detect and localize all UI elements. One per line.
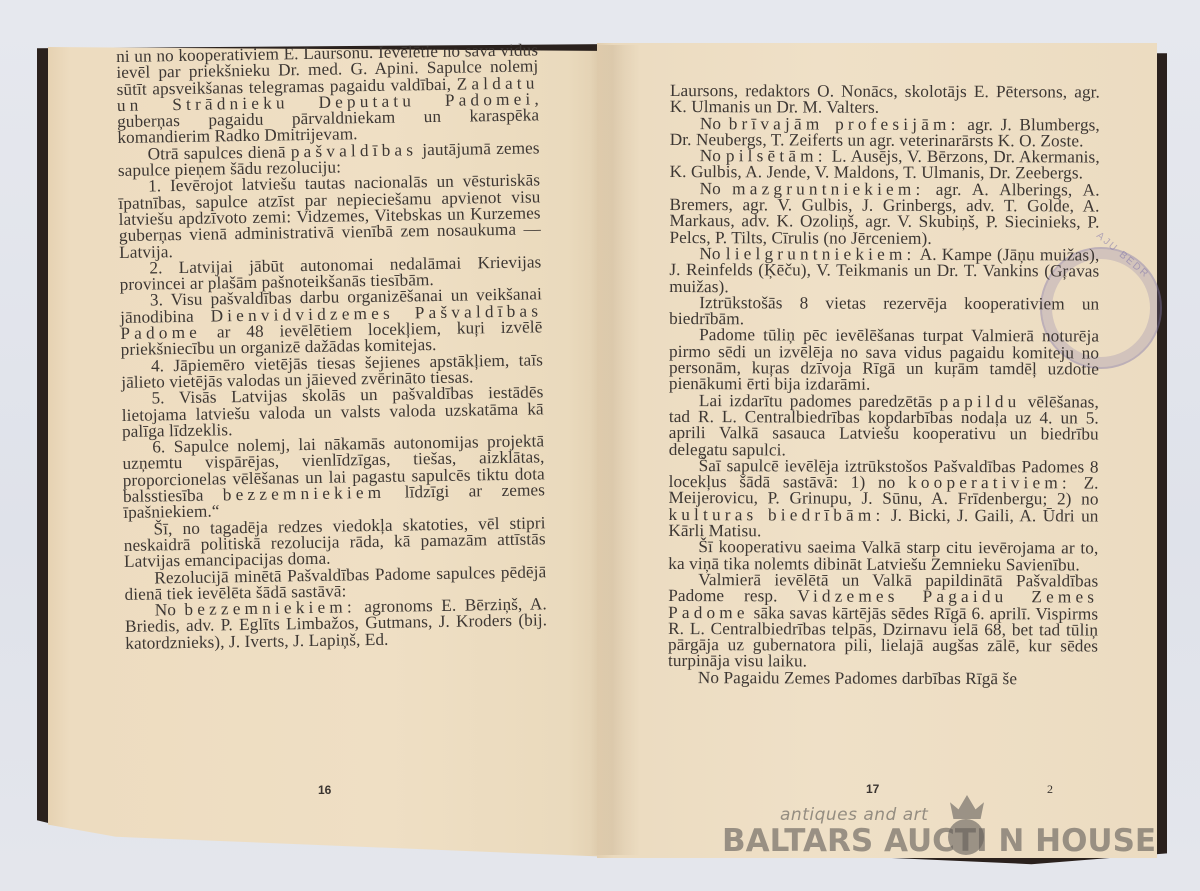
paragraph: No brīvajām profesijām: agr. J. Blumberg…: [670, 116, 1100, 150]
left-page-text: ni un no kooperativiem E. Laursonu. Ievē…: [116, 42, 547, 652]
paragraph: No mazgruntniekiem: agr. A. Alberings, A…: [669, 181, 1099, 248]
text-run: Šī kooperativu saeima Valkā starp citu i…: [668, 537, 1098, 574]
text-run: No Pagaidu Zemes Padomes darbības Rīgā š…: [698, 668, 1017, 688]
text-run: 1. Ievērojot latviešu tautas nacionalās …: [118, 171, 541, 262]
right-page-text: Laursons, redaktors O. Nonācs, skolotājs…: [668, 83, 1100, 687]
spaced-emphasis: bezzemniekiem: [223, 483, 386, 505]
left-page-number: 16: [318, 783, 331, 797]
text-run: Laursons, redaktors O. Nonācs, skolotājs…: [670, 81, 1100, 117]
paragraph: Šaī sapulcē ievēlēja iztrūkstošos Pašval…: [668, 458, 1098, 541]
text-run: Padome tūliņ pēc ievēlēšanas turpat Valm…: [669, 326, 1099, 394]
paragraph: Lai izdarītu padomes paredzētās papildu …: [669, 393, 1099, 460]
paragraph: No bezzemniekiem: agronoms E. Bērziņš, A…: [125, 596, 548, 652]
paragraph: 1. Ievērojot latviešu tautas nacionalās …: [118, 173, 541, 261]
paragraph: Laursons, redaktors O. Nonācs, skolotājs…: [670, 83, 1100, 117]
right-page-number: 17: [866, 782, 879, 796]
paragraph: Šī kooperativu saeima Valkā starp citu i…: [668, 539, 1098, 573]
paragraph: Valmierā ievēlētā un Valkā papildinātā P…: [668, 572, 1098, 671]
paragraph: ni un no kooperativiem E. Laursonu. Ievē…: [116, 42, 539, 146]
paragraph: No Pagaidu Zemes Padomes darbības Rīgā š…: [668, 670, 1098, 688]
paragraph: Iztrūkstošās 8 vietas rezervēja kooperat…: [669, 295, 1099, 329]
paragraph: No lielgruntniekiem: A. Kampe (Jāņu muiž…: [669, 246, 1099, 296]
text-run: Iztrūkstošās 8 vietas rezervēja kooperat…: [669, 293, 1099, 328]
paragraph: No pilsētām: L. Ausējs, V. Bērzons, Dr. …: [670, 148, 1100, 182]
signature-mark: 2: [1047, 782, 1053, 797]
paragraph: 6. Sapulce nolemj, lai nākamās autonomij…: [122, 433, 545, 521]
paragraph: Padome tūliņ pēc ievēlēšanas turpat Valm…: [669, 327, 1099, 394]
paragraph: 3. Visu pašvaldības darbu organizēšanai …: [120, 287, 543, 359]
